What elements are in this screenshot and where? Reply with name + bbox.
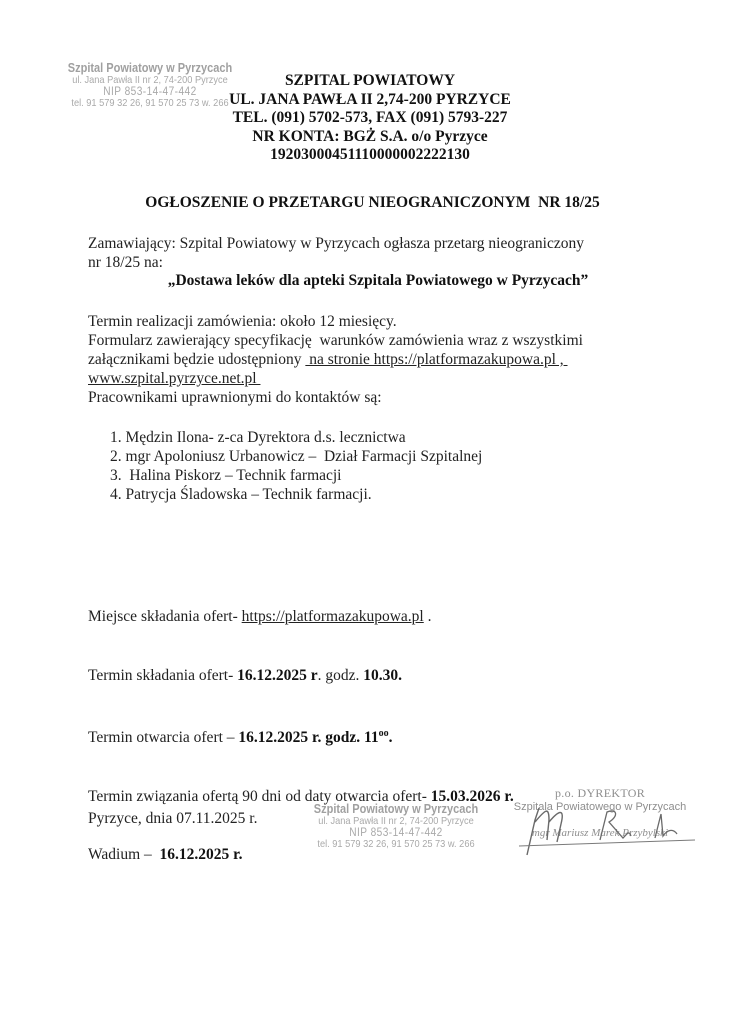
form-line-3: www.szpital.pyrzyce.net.pl bbox=[88, 369, 708, 388]
offer-place-link[interactable]: https://platformazakupowa.pl bbox=[242, 608, 424, 625]
form-line-2-prefix: załącznikami będzie udostępniony bbox=[88, 351, 305, 368]
letterhead-name: SZPITAL POWIATOWY bbox=[200, 72, 540, 91]
list-item: 1. Mędzin Ilona- z-ca Dyrektora d.s. lec… bbox=[110, 428, 482, 447]
wadium-date: 16.12.2025 r. bbox=[160, 846, 243, 863]
letterhead-phone: TEL. (091) 5702-573, FAX (091) 5793-227 bbox=[200, 109, 540, 128]
open-label: Termin otwarcia ofert – bbox=[88, 729, 238, 746]
tender-subject: „Dostawa leków dla apteki Szpitala Powia… bbox=[88, 272, 668, 290]
offer-opening: Termin otwarcia ofert – 16.12.2025 r. go… bbox=[88, 724, 514, 748]
open-minutes: oo bbox=[379, 728, 389, 739]
letterhead-bank: NR KONTA: BGŻ S.A. o/o Pyrzyce bbox=[200, 128, 540, 147]
letterhead-account: 19203000451110000002222130 bbox=[200, 146, 540, 165]
letterhead: SZPITAL POWIATOWY UL. JANA PAWŁA II 2,74… bbox=[200, 72, 540, 165]
letterhead-address: UL. JANA PAWŁA II 2,74-200 PYRZYCE bbox=[200, 91, 540, 110]
form-line-1: Formularz zawierający specyfikację warun… bbox=[88, 331, 708, 350]
stamp-tel: tel. 91 579 32 26, 91 570 25 73 w. 266 bbox=[308, 839, 484, 850]
handwritten-signature-icon bbox=[505, 800, 705, 860]
offer-submit-deadline: Termin składania ofert- 16.12.2025 r. go… bbox=[88, 666, 514, 686]
contacts-list: 1. Mędzin Ilona- z-ca Dyrektora d.s. lec… bbox=[110, 428, 482, 504]
date-place: Pyrzyce, dnia 07.11.2025 r. bbox=[88, 810, 257, 828]
details-paragraph: Termin realizacji zamówienia: około 12 m… bbox=[88, 312, 708, 407]
intro-paragraph: Zamawiający: Szpital Powiatowy w Pyrzyca… bbox=[88, 234, 708, 272]
form-line-2: załącznikami będzie udostępniony na stro… bbox=[88, 350, 708, 369]
wadium-label: Wadium – bbox=[88, 846, 160, 863]
stamp-address: ul. Jana Pawła II nr 2, 74-200 Pyrzyce bbox=[308, 816, 484, 827]
submit-date: 16.12.2025 r bbox=[237, 667, 318, 684]
hospital-website-link[interactable]: www.szpital.pyrzyce.net.pl bbox=[88, 370, 260, 387]
intro-line-1: Zamawiający: Szpital Powiatowy w Pyrzyca… bbox=[88, 234, 708, 253]
open-end: . bbox=[389, 729, 393, 746]
hospital-stamp-bottom: Szpital Powiatowy w Pyrzycach ul. Jana P… bbox=[308, 803, 484, 850]
open-datetime: 16.12.2025 r. godz. 11 bbox=[238, 729, 378, 746]
platform-link[interactable]: na stronie https://platformazakupowa.pl … bbox=[305, 351, 567, 368]
document-title: OGŁOSZENIE O PRZETARGU NIEOGRANICZONYM N… bbox=[0, 194, 745, 212]
offer-place: Miejsce składania ofert- https://platfor… bbox=[88, 607, 514, 627]
term-text: Termin realizacji zamówienia: około 12 m… bbox=[88, 312, 708, 331]
offer-place-label: Miejsce składania ofert- bbox=[88, 608, 242, 625]
list-item: 4. Patrycja Śladowska – Technik farmacji… bbox=[110, 485, 482, 504]
submit-mid: . godz. bbox=[318, 667, 364, 684]
contacts-intro: Pracownikami uprawnionymi do kontaktów s… bbox=[88, 388, 708, 407]
submit-label: Termin składania ofert- bbox=[88, 667, 237, 684]
offer-place-suffix: . bbox=[424, 608, 432, 625]
signature-role: p.o. DYREKTOR bbox=[500, 786, 700, 801]
submit-time: 10.30. bbox=[363, 667, 402, 684]
list-item: 3. Halina Piskorz – Technik farmacji bbox=[110, 466, 482, 485]
list-item: 2. mgr Apoloniusz Urbanowicz – Dział Far… bbox=[110, 447, 482, 466]
open-value: 16.12.2025 r. godz. 11oo. bbox=[238, 729, 392, 746]
intro-line-2: nr 18/25 na: bbox=[88, 253, 708, 272]
